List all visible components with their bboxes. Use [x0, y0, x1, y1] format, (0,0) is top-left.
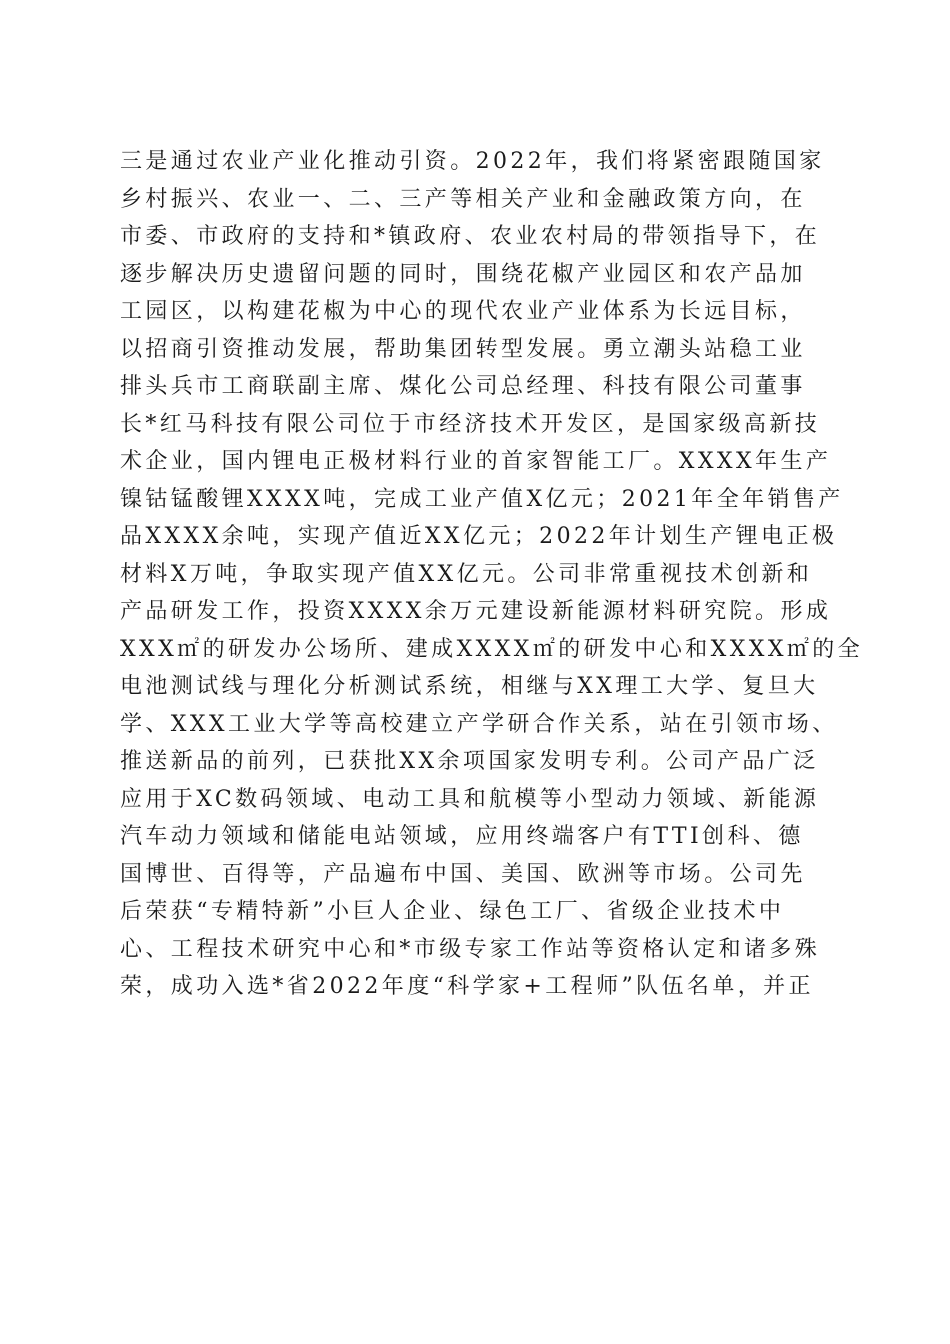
text-line: 国博世、百得等，产品遍布中国、美国、欧洲等市场。公司先 — [120, 856, 860, 894]
text-line: 推送新品的前列，已获批XX余项国家发明专利。公司产品广泛 — [120, 743, 860, 781]
text-line: 长*红马科技有限公司位于市经济技术开发区，是国家级高新技 — [120, 406, 860, 444]
text-line: 电池测试线与理化分析测试系统，相继与XX理工大学、复旦大 — [120, 668, 860, 706]
text-line: 逐步解决历史遗留问题的同时，围绕花椒产业园区和农产品加 — [120, 256, 860, 294]
text-line: 以招商引资推动发展，帮助集团转型发展。勇立潮头站稳工业 — [120, 331, 860, 369]
text-line: 镍钴锰酸锂XXXX吨，完成工业产值X亿元；2021年全年销售产 — [120, 481, 860, 519]
text-line: 术企业，国内锂电正极材料行业的首家智能工厂。XXXX年生产 — [120, 443, 860, 481]
text-line: 荣，成功入选*省2022年度“科学家+工程师”队伍名单，并正 — [120, 968, 860, 1006]
document-page: 三是通过农业产业化推动引资。2022年，我们将紧密跟随国家 乡村振兴、农业一、二… — [0, 0, 950, 1344]
text-line: 品XXXX余吨，实现产值近XX亿元；2022年计划生产锂电正极 — [120, 518, 860, 556]
text-line: XXX㎡的研发办公场所、建成XXXX㎡的研发中心和XXXX㎡的全 — [120, 631, 860, 669]
text-line: 心、工程技术研究中心和*市级专家工作站等资格认定和诸多殊 — [120, 931, 860, 969]
text-line: 三是通过农业产业化推动引资。2022年，我们将紧密跟随国家 — [120, 143, 860, 181]
text-line: 汽车动力领域和储能电站领域，应用终端客户有TTI创科、德 — [120, 818, 860, 856]
text-line: 工园区，以构建花椒为中心的现代农业产业体系为长远目标， — [120, 293, 860, 331]
text-line: 市委、市政府的支持和*镇政府、农业农村局的带领指导下，在 — [120, 218, 860, 256]
text-line: 排头兵市工商联副主席、煤化公司总经理、科技有限公司董事 — [120, 368, 860, 406]
text-line: 学、XXX工业大学等高校建立产学研合作关系，站在引领市场、 — [120, 706, 860, 744]
text-line: 产品研发工作，投资XXXX余万元建设新能源材料研究院。形成 — [120, 593, 860, 631]
text-line: 材料X万吨，争取实现产值XX亿元。公司非常重视技术创新和 — [120, 556, 860, 594]
body-paragraph: 三是通过农业产业化推动引资。2022年，我们将紧密跟随国家 乡村振兴、农业一、二… — [120, 143, 860, 1006]
text-line: 后荣获“专精特新”小巨人企业、绿色工厂、省级企业技术中 — [120, 893, 860, 931]
text-line: 乡村振兴、农业一、二、三产等相关产业和金融政策方向，在 — [120, 181, 860, 219]
text-line: 应用于XC数码领域、电动工具和航模等小型动力领域、新能源 — [120, 781, 860, 819]
